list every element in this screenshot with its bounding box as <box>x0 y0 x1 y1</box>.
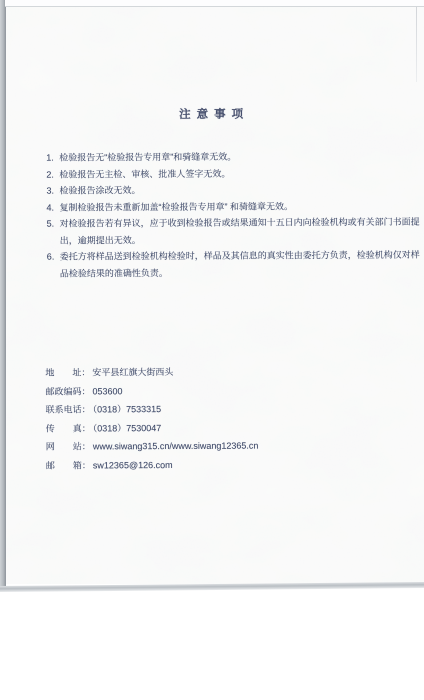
contact-row-postcode: 邮政编码：053600 <box>45 381 258 401</box>
notice-item: 1. 检验报告无“检验报告专用章”和骑缝章无效。 <box>46 148 423 166</box>
contact-label: 地 址： <box>45 367 90 377</box>
contact-row-fax: 传 真：（0318）7530047 <box>46 418 259 438</box>
notice-item-text: 复制检验报告未重新加盖“检验报告专用章” 和骑缝章无效。 <box>59 197 423 215</box>
contact-value: www.siwang315.cn/www.siwang12365.cn <box>93 441 259 452</box>
contact-block: 地 址：安平县红旗大街西头 邮政编码：053600 联系电话：（0318）753… <box>45 363 258 475</box>
notice-item: 4. 复制检验报告未重新加盖“检验报告专用章” 和骑缝章无效。 <box>46 197 423 215</box>
notice-item: 3. 检验报告涂改无效。 <box>46 181 423 199</box>
contact-value: sw12365@126.com <box>93 460 173 470</box>
notice-item-number: 1. <box>46 150 59 167</box>
notice-item-text: 对检验报告若有异议，应于收到检验报告或结果通知十五日内向检验机构或有关部门书面提… <box>60 214 424 249</box>
contact-label: 邮政编码： <box>45 386 90 396</box>
contact-label: 传 真： <box>46 423 91 433</box>
notice-list: 1. 检验报告无“检验报告专用章”和骑缝章无效。 2. 检验报告无主检、审核、批… <box>46 148 424 282</box>
notice-item: 5. 对检验报告若有异议，应于收到检验报告或结果通知十五日内向检验机构或有关部门… <box>47 214 424 249</box>
notice-item-number: 5. <box>47 216 60 249</box>
contact-value: 053600 <box>92 386 122 396</box>
page-title: 注意事项 <box>5 105 417 123</box>
contact-row-phone: 联系电话：（0318）7533315 <box>46 400 259 420</box>
contact-label: 网 站： <box>46 441 91 451</box>
notice-item: 2. 检验报告无主检、审核、批准人签字无效。 <box>46 164 423 182</box>
contact-row-address: 地 址：安平县红旗大街西头 <box>45 363 258 383</box>
notice-item: 6. 委托方将样品送到检验机构检验时，样品及其信息的真实性由委托方负责，检验机构… <box>47 247 424 282</box>
notice-item-text: 检验报告无主检、审核、批准人签字无效。 <box>59 164 423 182</box>
notice-item-text: 检验报告涂改无效。 <box>59 181 423 199</box>
notice-item-number: 6. <box>47 249 60 282</box>
contact-row-website: 网 站：www.siwang315.cn/www.siwang12365.cn <box>46 437 259 457</box>
notice-item-text: 检验报告无“检验报告专用章”和骑缝章无效。 <box>59 148 423 166</box>
scanned-document-view: 注意事项 1. 检验报告无“检验报告专用章”和骑缝章无效。 2. 检验报告无主检… <box>0 0 424 700</box>
notice-item-number: 4. <box>46 199 59 216</box>
contact-row-email: 邮 箱：sw12365@126.com <box>46 455 259 475</box>
contact-value: （0318）7530047 <box>93 423 162 433</box>
notice-item-text: 委托方将样品送到检验机构检验时，样品及其信息的真实性由委托方负责，检验机构仅对样… <box>60 247 424 282</box>
contact-value: （0318）7533315 <box>93 404 162 414</box>
notice-item-number: 3. <box>46 183 59 200</box>
scanned-page: 注意事项 1. 检验报告无“检验报告专用章”和骑缝章无效。 2. 检验报告无主检… <box>6 7 424 584</box>
contact-value: 安平县红旗大街西头 <box>92 367 173 377</box>
contact-label: 邮 箱： <box>46 460 91 470</box>
page-content: 注意事项 1. 检验报告无“检验报告专用章”和骑缝章无效。 2. 检验报告无主检… <box>4 6 424 585</box>
notice-item-number: 2. <box>46 166 59 183</box>
contact-label: 联系电话： <box>46 404 91 414</box>
